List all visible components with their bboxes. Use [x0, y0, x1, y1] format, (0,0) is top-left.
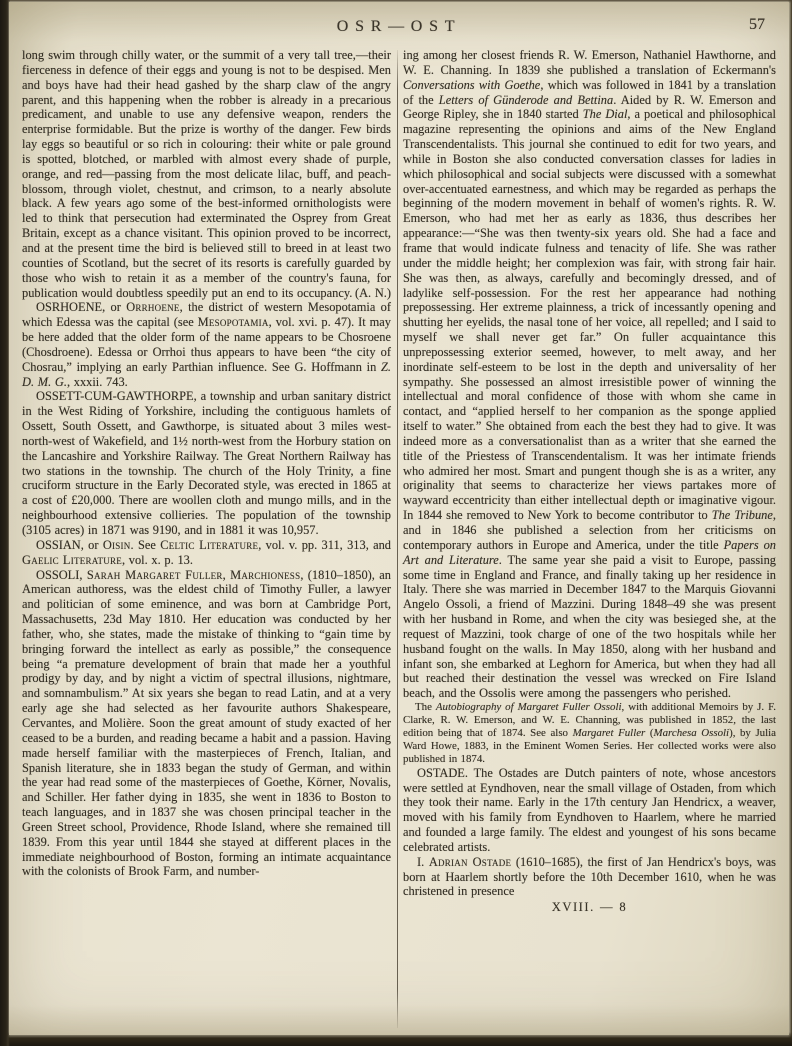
entry-paragraph: ing among her closest friends R. W. Emer… [403, 48, 776, 701]
text-segment: , vol. x. p. 13. [122, 553, 193, 567]
text-segment: , a poetical and philosophical magazine … [403, 107, 776, 522]
left-column: long swim through chilly water, or the s… [22, 48, 391, 1036]
text-segment: Letters of Günderode and Bettina [439, 93, 613, 107]
scanned-page: OSR—OST 57 long swim through chilly wate… [0, 0, 792, 1046]
text-segment: (A. N.) [355, 286, 391, 301]
entry-paragraph: OSTADE. The Ostades are Dutch painters o… [403, 766, 776, 855]
text-segment: , vol. v. pp. 311, 313, and [258, 538, 391, 552]
text-segment: Autobiography of Margaret Fuller Ossoli [436, 701, 622, 713]
entry-paragraph: OSRHOENE, or Orrhoene, the district of w… [22, 300, 391, 389]
column-divider [397, 50, 398, 1028]
page-header: OSR—OST 57 [9, 2, 789, 44]
text-segment: , (1810–1850), an American authoress, wa… [22, 568, 391, 879]
text-segment: Mesopotamia [198, 315, 269, 329]
text-segment: OSSETT-CUM-GAWTHORPE, a township and urb… [22, 389, 391, 537]
entry-paragraph: OSSETT-CUM-GAWTHORPE, a township and urb… [22, 389, 391, 537]
right-column-text: ing among her closest friends R. W. Emer… [403, 48, 776, 899]
text-segment: , [223, 568, 230, 582]
text-segment: OSTADE. The Ostades are Dutch painters o… [403, 766, 776, 854]
page-number: 57 [749, 16, 765, 34]
text-segment: Margaret Fuller [573, 727, 646, 739]
text-segment: Marchioness [230, 568, 300, 582]
text-segment: Orrhoene [126, 300, 179, 314]
text-segment: long swim through chilly water, or the s… [22, 48, 391, 300]
text-segment: I. [417, 855, 429, 869]
entry-paragraph: I. Adrian Ostade (1610–1685), the first … [403, 855, 776, 900]
text-segment: OSSOLI, [36, 568, 87, 582]
text-segment: . The same year she paid a visit to Euro… [403, 553, 776, 701]
text-segment: OSSIAN, or [36, 538, 103, 552]
text-segment: , xxxii. 743. [67, 375, 128, 389]
entry-paragraph: OSSOLI, Sarah Margaret Fuller, Marchione… [22, 568, 391, 880]
text-segment: OSRHOENE, or [36, 300, 126, 314]
text-segment: Marchesa Ossoli [654, 727, 730, 739]
text-segment: Sarah Margaret Fuller [87, 568, 223, 582]
text-segment: ing among her closest friends R. W. Emer… [403, 48, 776, 77]
text-segment: ( [645, 727, 653, 739]
entry-paragraph: long swim through chilly water, or the s… [22, 48, 391, 300]
text-segment: The Tribune [712, 508, 773, 522]
running-title: OSR—OST [9, 18, 789, 36]
volume-signature: XVIII. — 8 [403, 899, 776, 915]
text-segment: . See [131, 538, 161, 552]
entry-paragraph: OSSIAN, or Oisin. See Celtic Literature,… [22, 538, 391, 568]
text-segment: The [415, 701, 436, 713]
text-segment: Gaelic Literature [22, 553, 122, 567]
text-columns: long swim through chilly water, or the s… [9, 44, 789, 1036]
text-segment: Adrian Ostade [429, 855, 512, 869]
text-segment: Celtic Literature [160, 538, 258, 552]
text-segment: The Dial [583, 107, 628, 121]
text-segment: Conversations with Goethe [403, 78, 540, 92]
text-segment: Oisin [103, 538, 131, 552]
right-column: ing among her closest friends R. W. Emer… [403, 48, 776, 1036]
entry-paragraph: The Autobiography of Margaret Fuller Oss… [403, 701, 776, 766]
paper: OSR—OST 57 long swim through chilly wate… [9, 2, 789, 1035]
